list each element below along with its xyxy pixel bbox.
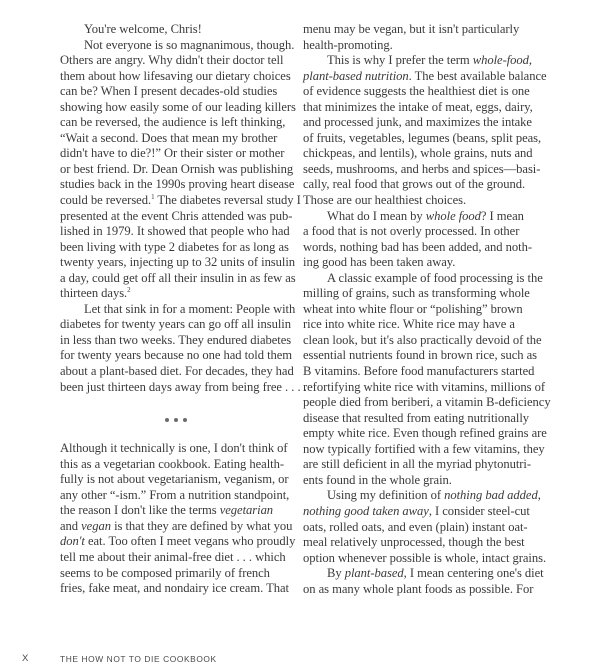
text-segment: What do I mean by bbox=[327, 209, 426, 223]
paragraph-food-processing: A classic example of food processing is … bbox=[303, 271, 549, 489]
text-line: essential nutrients found in brown rice,… bbox=[303, 348, 549, 364]
text-line: lished in 1979. It showed that people wh… bbox=[60, 224, 292, 240]
right-column: menu may be vegan, but it isn't particul… bbox=[303, 22, 549, 597]
text-line: health-promoting. bbox=[303, 38, 549, 54]
paragraph-welcome: You're welcome, Chris! bbox=[60, 22, 292, 38]
paragraph-definition: Using my definition of nothing bad added… bbox=[303, 488, 549, 566]
text-segment: This is why I prefer the term bbox=[327, 53, 473, 67]
text-line: fries, fake meat, and nondairy ice cream… bbox=[60, 581, 292, 597]
running-head: THE HOW NOT TO DIE COOKBOOK bbox=[60, 654, 217, 664]
text-line: Not everyone is so magnanimous, though. bbox=[60, 38, 292, 54]
text-line: about a plant-based diet. For decades, t… bbox=[60, 364, 292, 380]
text-line: disease that resulted from eating nutrit… bbox=[303, 411, 549, 427]
text-line: What do I mean by whole food? I mean bbox=[303, 209, 549, 225]
paragraph-menu-vegan: menu may be vegan, but it isn't particul… bbox=[303, 22, 549, 53]
text-line: this as a vegetarian cookbook. Eating he… bbox=[60, 457, 292, 473]
separator-dots-icon bbox=[165, 413, 187, 427]
text-line: words, nothing bad has been added, and n… bbox=[303, 240, 549, 256]
italic-term: nothing good taken away bbox=[303, 504, 429, 518]
text-line: seeds, mushrooms, and herbs and spices—b… bbox=[303, 162, 549, 178]
text-line: in less than two weeks. They endured dia… bbox=[60, 333, 292, 349]
text-segment: The diabetes reversal study I bbox=[155, 193, 301, 207]
text-line: wheat into white flour or “polishing” br… bbox=[303, 302, 549, 318]
text-line: Using my definition of nothing bad added… bbox=[303, 488, 549, 504]
text-line: tell me about their animal-free diet . .… bbox=[60, 550, 292, 566]
text-line: people died from beriberi, a vitamin B-d… bbox=[303, 395, 549, 411]
paragraph-whole-food-meaning: What do I mean by whole food? I mean a f… bbox=[303, 209, 549, 271]
italic-term: vegan bbox=[81, 519, 111, 533]
text-line: presented at the event Chris attended wa… bbox=[60, 209, 292, 225]
page-number: X bbox=[22, 653, 28, 664]
text-line: option whenever possible is whole, intac… bbox=[303, 551, 549, 567]
italic-term: whole-food, bbox=[473, 53, 532, 67]
text-line: of fruits, vegetables, legumes (beans, s… bbox=[303, 131, 549, 147]
text-segment: the reason I don't like the terms bbox=[60, 503, 220, 517]
text-line: the reason I don't like the terms vegeta… bbox=[60, 503, 292, 519]
text-segment: , I mean centering one's diet bbox=[404, 566, 544, 580]
text-line: that minimizes the intake of meat, eggs,… bbox=[303, 100, 549, 116]
italic-term: don't bbox=[60, 534, 85, 548]
paragraph-whole-food-term: This is why I prefer the term whole-food… bbox=[303, 53, 549, 208]
text-line: milling of grains, such as transforming … bbox=[303, 286, 549, 302]
text-line: seems to be composed primarily of french bbox=[60, 566, 292, 582]
text-line: can be? When I present decades-old studi… bbox=[60, 84, 292, 100]
paragraph-not-everyone: Not everyone is so magnanimous, though. … bbox=[60, 38, 292, 302]
text-line: fully is not about vegetarianism, vegani… bbox=[60, 472, 292, 488]
text-line: cally, real food that grows out of the g… bbox=[303, 177, 549, 193]
book-page: You're welcome, Chris! Not everyone is s… bbox=[0, 0, 600, 668]
text-line: menu may be vegan, but it isn't particul… bbox=[303, 22, 549, 38]
text-line: Although it technically is one, I don't … bbox=[60, 441, 292, 457]
text-line: could be reversed.1 The diabetes reversa… bbox=[60, 193, 292, 209]
text-line: B vitamins. Before food manufacturers st… bbox=[303, 364, 549, 380]
text-line: didn't have to die?!” Or their sister or… bbox=[60, 146, 292, 162]
text-line: This is why I prefer the term whole-food… bbox=[303, 53, 549, 69]
text-line: Let that sink in for a moment: People wi… bbox=[60, 302, 292, 318]
text-line: any other “-ism.” From a nutrition stand… bbox=[60, 488, 292, 504]
text-line: clean look, but it's also practically de… bbox=[303, 333, 549, 349]
text-line: on as many whole plant foods as possible… bbox=[303, 582, 549, 598]
left-column: You're welcome, Chris! Not everyone is s… bbox=[60, 22, 292, 597]
paragraph-sink-in: Let that sink in for a moment: People wi… bbox=[60, 302, 292, 395]
text-line: been living with type 2 diabetes for as … bbox=[60, 240, 292, 256]
text-line: oats, rolled oats, and even (plain) inst… bbox=[303, 520, 549, 536]
text-segment: eat. Too often I meet vegans who proudly bbox=[85, 534, 296, 548]
text-line: are still deficient in all the myriad ph… bbox=[303, 457, 549, 473]
italic-term: nothing bad added, bbox=[444, 488, 541, 502]
italic-term: plant-based nutrition bbox=[303, 69, 409, 83]
text-line: studies back in the 1990s proving heart … bbox=[60, 177, 292, 193]
text-line: plant-based nutrition. The best availabl… bbox=[303, 69, 549, 85]
text-line: been just thirteen days away from being … bbox=[60, 380, 292, 396]
text-segment: and bbox=[60, 519, 81, 533]
text-line: twenty years, injecting up to 32 units o… bbox=[60, 255, 292, 271]
text-segment: ? I mean bbox=[481, 209, 524, 223]
text-line: of evidence suggests the healthiest diet… bbox=[303, 84, 549, 100]
paragraph-vegetarian-cookbook: Although it technically is one, I don't … bbox=[60, 441, 292, 596]
text-line: Others are angry. Why didn't their docto… bbox=[60, 53, 292, 69]
text-line: refortifying white rice with vitamins, m… bbox=[303, 380, 549, 396]
text-line: empty white rice. Even though refined gr… bbox=[303, 426, 549, 442]
text-line: You're welcome, Chris! bbox=[60, 22, 292, 38]
italic-term: plant-based bbox=[345, 566, 404, 580]
text-line: thirteen days.2 bbox=[60, 286, 292, 302]
text-line: don't eat. Too often I meet vegans who p… bbox=[60, 534, 292, 550]
text-segment: . The best available balance bbox=[409, 69, 547, 83]
text-line: rice into white rice. White rice may hav… bbox=[303, 317, 549, 333]
text-line: a food that is not overly processed. In … bbox=[303, 224, 549, 240]
text-line: now typically fortified with a few vitam… bbox=[303, 442, 549, 458]
text-line: and vegan is that they are defined by wh… bbox=[60, 519, 292, 535]
text-line: ents found in the whole grain. bbox=[303, 473, 549, 489]
italic-term: whole food bbox=[426, 209, 481, 223]
text-line: diabetes for twenty years can go off all… bbox=[60, 317, 292, 333]
text-segment: could be reversed. bbox=[60, 193, 151, 207]
text-segment: Using my definition of bbox=[327, 488, 444, 502]
text-line: a day, could get off all their insulin i… bbox=[60, 271, 292, 287]
text-segment: is that they are defined by what you bbox=[111, 519, 292, 533]
text-segment: , I consider steel-cut bbox=[429, 504, 530, 518]
text-line: showing how easily some of our leading k… bbox=[60, 100, 292, 116]
text-line: “Wait a second. Does that mean my brothe… bbox=[60, 131, 292, 147]
italic-term: vegetarian bbox=[220, 503, 273, 517]
text-segment: By bbox=[327, 566, 345, 580]
text-line: A classic example of food processing is … bbox=[303, 271, 549, 287]
text-line: them about how lifesaving our dietary ch… bbox=[60, 69, 292, 85]
text-line: nothing good taken away, I consider stee… bbox=[303, 504, 549, 520]
text-line: meal relatively unprocessed, though the … bbox=[303, 535, 549, 551]
text-line: ing good has been taken away. bbox=[303, 255, 549, 271]
text-line: and processed junk, and maximizes the in… bbox=[303, 115, 549, 131]
text-line: By plant-based, I mean centering one's d… bbox=[303, 566, 549, 582]
text-line: for twenty years because no one had told… bbox=[60, 348, 292, 364]
text-line: Those are our healthiest choices. bbox=[303, 193, 549, 209]
text-line: can be reversed, the audience is left th… bbox=[60, 115, 292, 131]
text-segment: thirteen days. bbox=[60, 286, 127, 300]
footnote-ref-2[interactable]: 2 bbox=[127, 286, 130, 294]
text-line: or best friend. Dr. Dean Ornish was publ… bbox=[60, 162, 292, 178]
section-separator bbox=[60, 411, 292, 425]
paragraph-plant-based: By plant-based, I mean centering one's d… bbox=[303, 566, 549, 597]
text-line: chickpeas, and lentils), whole grains, n… bbox=[303, 146, 549, 162]
